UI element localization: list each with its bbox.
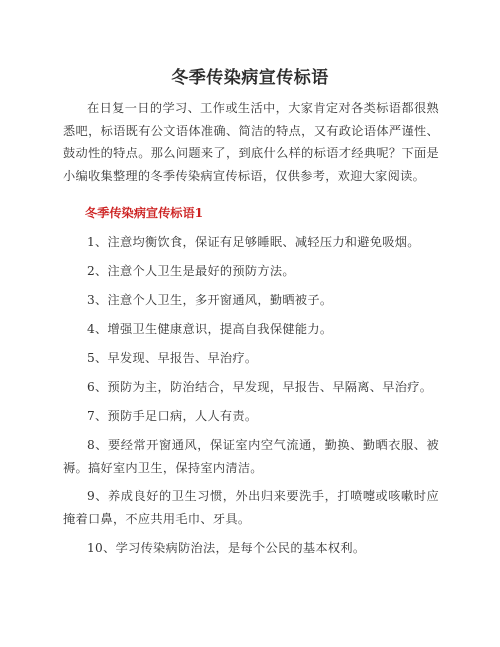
slogan-item-5: 5、早发现、早报告、早治疗。 — [63, 347, 439, 370]
slogan-item-3: 3、注意个人卫生，多开窗通风，勤晒被子。 — [63, 289, 439, 312]
slogan-item-6: 6、预防为主，防治结合，早发现，早报告、早隔离、早治疗。 — [63, 376, 439, 399]
document-page: 冬季传染病宣传标语 在日复一日的学习、工作或生活中，大家肯定对各类标语都很熟悉吧… — [0, 0, 500, 647]
document-title: 冬季传染病宣传标语 — [0, 63, 500, 88]
slogan-item-4: 4、增强卫生健康意识，提高自我保健能力。 — [63, 318, 439, 341]
section-heading: 冬季传染病宣传标语1 — [85, 204, 203, 221]
intro-paragraph: 在日复一日的学习、工作或生活中，大家肯定对各类标语都很熟悉吧，标语既有公文语体准… — [63, 97, 439, 187]
slogan-item-2: 2、注意个人卫生是最好的预防方法。 — [63, 260, 439, 283]
slogan-item-7: 7、预防手足口病，人人有责。 — [63, 405, 439, 428]
slogan-item-10: 10、学习传染病防治法，是每个公民的基本权利。 — [63, 537, 439, 560]
slogan-item-8: 8、要经常开窗通风，保证室内空气流通，勤换、勤晒衣服、被褥。搞好室内卫生，保持室… — [63, 434, 439, 479]
slogan-item-1: 1、注意均衡饮食，保证有足够睡眠、减轻压力和避免吸烟。 — [63, 231, 439, 254]
slogan-item-9: 9、养成良好的卫生习惯，外出归来要洗手，打喷嚏或咳嗽时应掩着口鼻，不应共用毛巾、… — [63, 485, 439, 530]
